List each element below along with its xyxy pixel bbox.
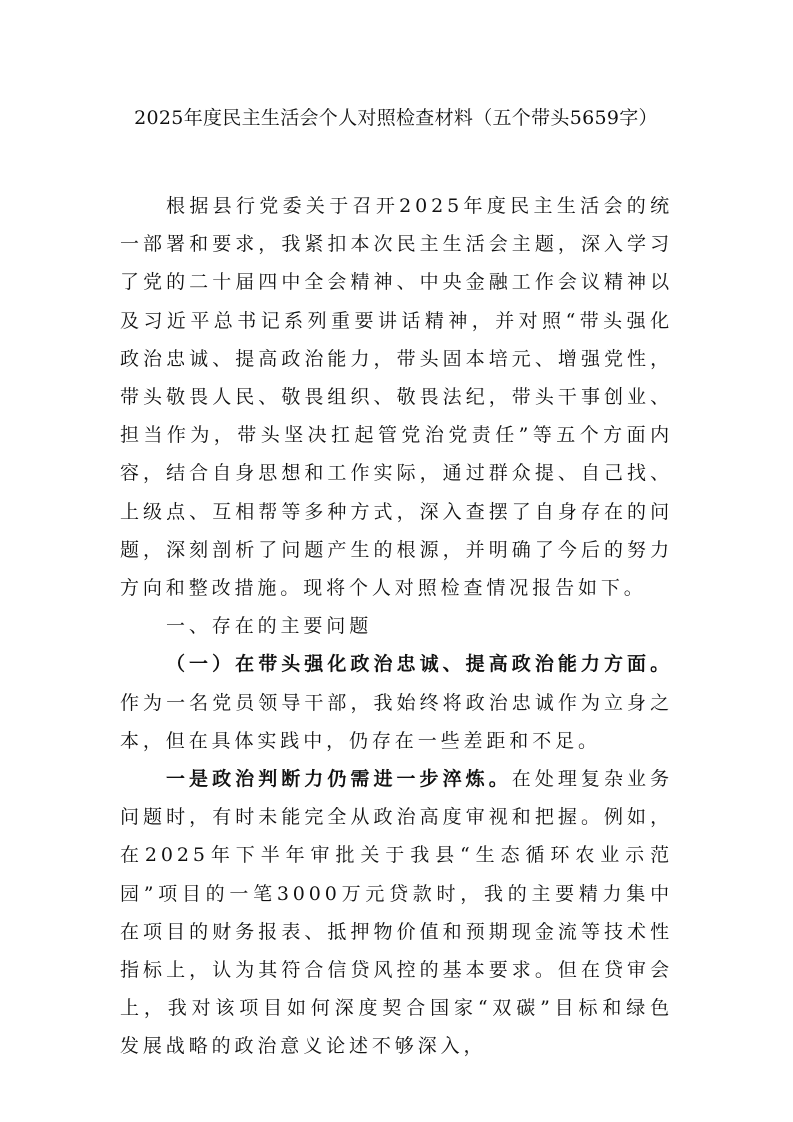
point-heading: 一是政治判断力仍需进一步淬炼。 — [166, 768, 512, 790]
subsection-paragraph: （一）在带头强化政治忠诚、提高政治能力方面。作为一名党员领导干部，我始终将政治忠… — [120, 645, 673, 760]
subsection-heading: （一）在带头强化政治忠诚、提高政治能力方面。 — [166, 653, 673, 675]
document-title: 2025年度民主生活会个人对照检查材料（五个带头5659字） — [116, 104, 676, 132]
section-heading: 一、存在的主要问题 — [120, 607, 673, 645]
document-body: 根据县行党委关于召开2025年度民主生活会的统一部署和要求，我紧扣本次民主生活会… — [120, 187, 673, 1066]
point-paragraph: 一是政治判断力仍需进一步淬炼。在处理复杂业务问题时，有时未能完全从政治高度审视和… — [120, 760, 673, 1066]
intro-paragraph: 根据县行党委关于召开2025年度民主生活会的统一部署和要求，我紧扣本次民主生活会… — [120, 187, 673, 607]
